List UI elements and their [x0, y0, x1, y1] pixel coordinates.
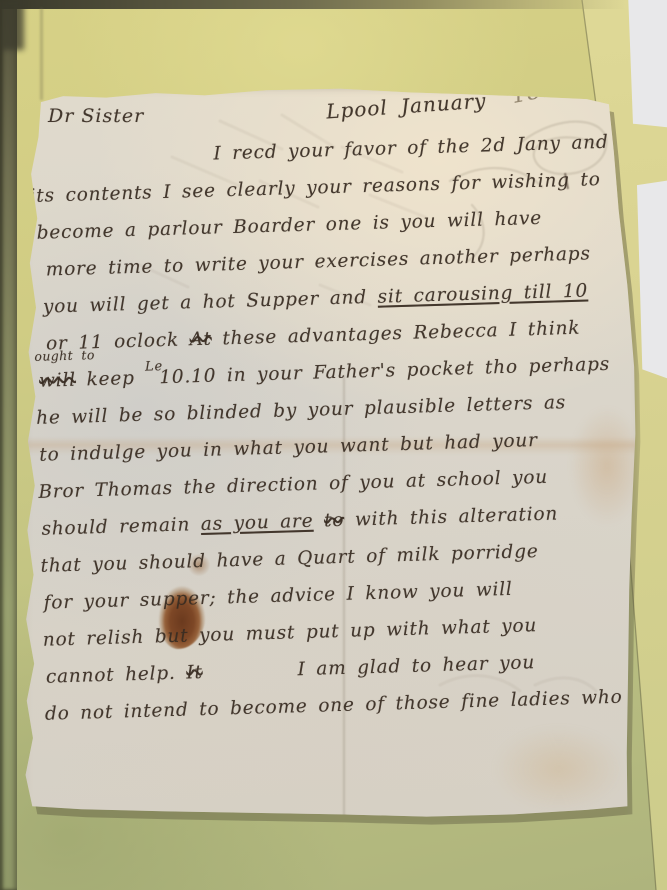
letter-body: I recd your favor of the 2d Jany and not…: [28, 123, 649, 733]
letter-text: I recd your favor of the 2d Jany and not…: [213, 130, 664, 164]
letter-text: do not intend to become one of those fin…: [45, 687, 623, 725]
letter-text: ought to: [34, 355, 94, 357]
letter-text: with this alteration: [344, 503, 558, 530]
letter-text: these advantages Rebecca I think: [211, 318, 580, 350]
letter-text: cannot help.: [46, 663, 187, 688]
folder-left-edge: [0, 0, 17, 890]
letter-photo-stage: Lpool January 1810 Dr Sister I recd your…: [0, 0, 667, 890]
letter-paper: Lpool January 1810 Dr Sister I recd your…: [20, 85, 636, 827]
line-gap: [203, 675, 298, 678]
letter-text: keep: [76, 368, 146, 391]
folder-top-edge: [0, 0, 667, 9]
superscript-annotation: Le: [145, 348, 164, 386]
underlined-text: sit carousing till 10: [377, 280, 588, 307]
top-left-shadow: [0, 0, 24, 50]
letter-text: for your supper; the advice I know you w…: [43, 579, 513, 614]
struck-text: to: [324, 510, 345, 532]
letter-text: [313, 510, 324, 531]
paper-tan-blotch-bottom: [494, 727, 624, 811]
letter-text: you will get a hot Supper and: [43, 287, 378, 318]
struck-text: At: [189, 329, 212, 351]
letter-text: should remain: [41, 514, 201, 540]
letter-text: 10.10 in your Father's pocket tho perhap…: [159, 354, 610, 388]
letter-salutation: Dr Sister: [48, 105, 144, 127]
letter-text: I am glad to hear you: [297, 652, 535, 680]
struck-text: It: [186, 662, 203, 683]
folder-crease: [40, 8, 43, 100]
underlined-text: as you are: [201, 511, 314, 535]
struck-text: will: [39, 370, 76, 392]
